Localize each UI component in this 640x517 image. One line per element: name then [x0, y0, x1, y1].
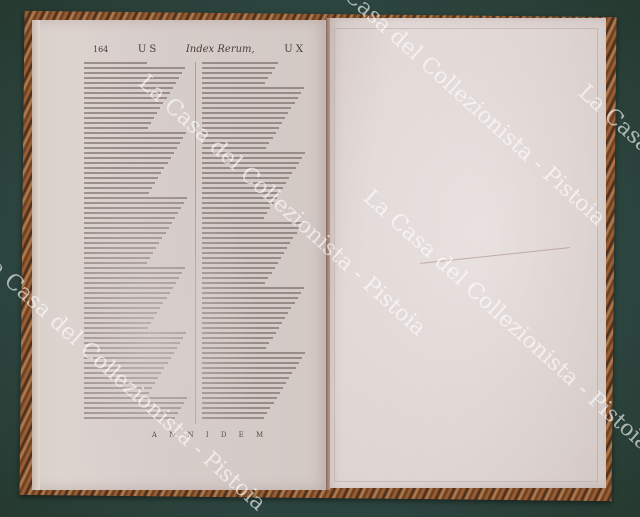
text-line	[84, 342, 180, 344]
text-line	[84, 227, 169, 229]
text-line	[202, 192, 280, 194]
index-column-left	[84, 62, 189, 424]
text-line	[202, 337, 273, 339]
text-line	[202, 72, 272, 74]
text-line	[202, 262, 278, 264]
text-line	[202, 187, 284, 189]
index-text-columns	[84, 62, 306, 424]
text-line	[202, 122, 282, 124]
text-line	[202, 322, 282, 324]
text-line	[202, 222, 303, 224]
text-line	[202, 182, 287, 184]
column-divider	[195, 62, 196, 424]
text-line	[202, 117, 286, 119]
text-line	[84, 287, 173, 289]
text-line	[202, 172, 293, 174]
text-line	[202, 332, 276, 334]
text-line	[202, 62, 278, 64]
text-line	[84, 217, 175, 219]
text-line	[202, 147, 267, 149]
text-line	[202, 142, 270, 144]
text-line	[84, 97, 167, 99]
text-line	[84, 167, 164, 169]
text-line	[84, 207, 181, 209]
text-line	[202, 112, 289, 114]
text-line	[84, 72, 182, 74]
text-line	[202, 312, 289, 314]
text-line	[202, 267, 275, 269]
text-line	[84, 417, 175, 419]
text-line	[202, 392, 280, 394]
text-line	[84, 122, 151, 124]
text-line	[202, 137, 273, 139]
text-line	[84, 357, 171, 359]
text-line	[84, 272, 182, 274]
running-header: 164 U S Index Rerum, U X	[93, 44, 303, 58]
text-line	[202, 67, 275, 69]
text-line	[202, 82, 266, 84]
text-line	[202, 362, 299, 364]
text-line	[202, 377, 290, 379]
text-line	[202, 352, 305, 354]
text-line	[202, 197, 277, 199]
text-line	[84, 382, 155, 384]
text-line	[84, 62, 147, 64]
text-line	[84, 242, 159, 244]
text-line	[202, 257, 281, 259]
text-line	[202, 232, 297, 234]
page-number: 164	[93, 45, 108, 54]
text-line	[202, 372, 293, 374]
text-line	[84, 347, 177, 349]
text-line	[84, 397, 187, 399]
text-line	[202, 407, 271, 409]
text-line	[84, 377, 158, 379]
text-line	[84, 92, 170, 94]
header-right-letters: U X	[284, 44, 303, 55]
endpaper-panel	[334, 28, 598, 482]
text-line	[202, 107, 292, 109]
text-line	[202, 302, 295, 304]
text-line	[84, 302, 163, 304]
text-line	[84, 247, 156, 249]
text-line	[202, 417, 265, 419]
text-line	[202, 77, 269, 79]
text-line	[84, 142, 180, 144]
text-line	[84, 282, 176, 284]
text-line	[84, 187, 152, 189]
text-line	[202, 177, 290, 179]
text-line	[202, 247, 288, 249]
text-line	[202, 152, 305, 154]
text-line	[84, 162, 168, 164]
text-line	[84, 152, 174, 154]
text-line	[202, 87, 304, 89]
text-line	[84, 252, 153, 254]
text-line	[202, 242, 291, 244]
text-line	[84, 112, 157, 114]
text-line	[84, 182, 155, 184]
text-line	[202, 127, 279, 129]
text-line	[202, 412, 268, 414]
text-line	[84, 362, 168, 364]
text-line	[84, 297, 167, 299]
text-line	[84, 222, 172, 224]
text-line	[202, 102, 295, 104]
text-line	[84, 102, 163, 104]
text-line	[84, 177, 158, 179]
text-line	[84, 147, 177, 149]
text-line	[202, 327, 279, 329]
text-line	[84, 322, 151, 324]
text-line	[84, 307, 160, 309]
text-line	[84, 77, 179, 79]
text-line	[84, 267, 185, 269]
text-line	[84, 292, 170, 294]
footer-catchword: A N N I D E M	[150, 431, 270, 439]
text-line	[84, 332, 186, 334]
text-line	[202, 92, 301, 94]
text-line	[202, 347, 267, 349]
text-line	[202, 387, 284, 389]
text-line	[84, 352, 174, 354]
text-line	[84, 117, 154, 119]
text-line	[84, 197, 187, 199]
text-line	[84, 257, 150, 259]
text-line	[202, 292, 301, 294]
text-line	[202, 252, 285, 254]
text-line	[84, 232, 166, 234]
text-line	[84, 192, 149, 194]
text-line	[84, 407, 181, 409]
text-line	[202, 342, 270, 344]
text-line	[202, 157, 302, 159]
text-line	[84, 127, 148, 129]
text-line	[84, 337, 183, 339]
text-line	[84, 137, 183, 139]
text-line	[202, 307, 292, 309]
text-line	[84, 277, 179, 279]
book-gutter	[326, 18, 330, 490]
text-line	[202, 167, 296, 169]
text-line	[202, 357, 302, 359]
text-line	[202, 402, 274, 404]
text-line	[84, 132, 186, 134]
text-line	[84, 82, 176, 84]
text-line	[84, 372, 161, 374]
text-line	[202, 297, 298, 299]
header-left-letters: U S	[138, 44, 156, 55]
text-line	[202, 212, 268, 214]
left-page-edge	[32, 20, 40, 490]
text-line	[202, 227, 300, 229]
text-line	[84, 172, 161, 174]
text-line	[202, 367, 296, 369]
text-line	[202, 217, 265, 219]
text-line	[84, 67, 185, 69]
text-line	[84, 87, 173, 89]
text-line	[202, 277, 269, 279]
index-column-right	[202, 62, 307, 424]
header-title: Index Rerum,	[186, 44, 255, 55]
text-line	[84, 107, 160, 109]
text-line	[84, 387, 152, 389]
text-line	[202, 287, 304, 289]
text-line	[202, 282, 266, 284]
text-line	[202, 202, 274, 204]
text-line	[202, 207, 271, 209]
text-line	[202, 317, 286, 319]
text-line	[84, 402, 184, 404]
text-line	[84, 262, 147, 264]
text-line	[202, 237, 294, 239]
text-line	[84, 237, 162, 239]
text-line	[202, 272, 272, 274]
text-line	[84, 317, 154, 319]
text-line	[202, 382, 287, 384]
text-line	[202, 132, 276, 134]
text-line	[202, 397, 277, 399]
text-line	[84, 392, 149, 394]
text-line	[202, 97, 298, 99]
text-line	[84, 157, 171, 159]
text-line	[84, 412, 178, 414]
text-line	[84, 212, 178, 214]
text-line	[84, 367, 164, 369]
text-line	[202, 162, 299, 164]
text-line	[84, 202, 184, 204]
text-line	[84, 312, 157, 314]
text-line	[84, 327, 148, 329]
